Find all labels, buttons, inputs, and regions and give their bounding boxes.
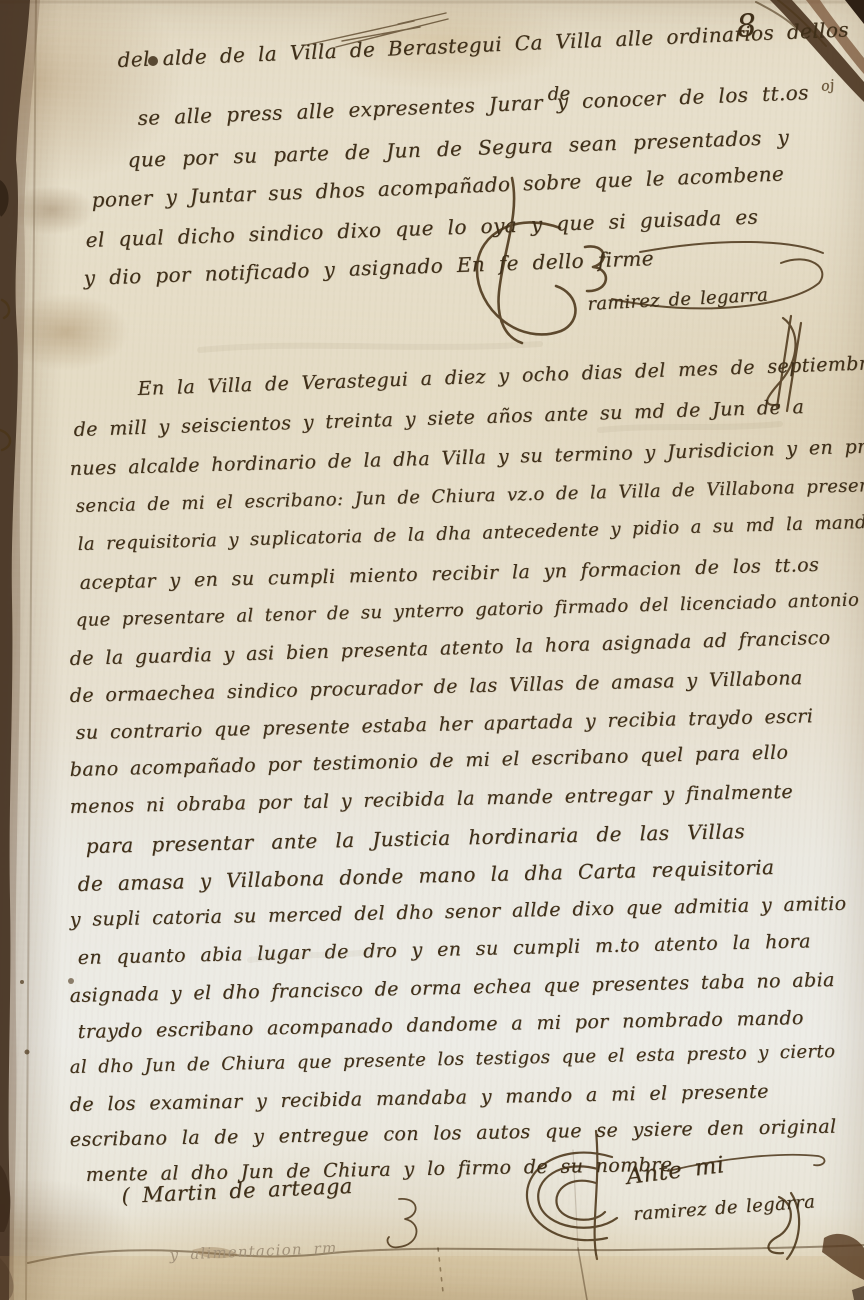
manuscript-scan: 8 oj del alde de la Villa de Berastegui … xyxy=(0,0,864,1300)
margin-mark: oj xyxy=(820,78,835,94)
